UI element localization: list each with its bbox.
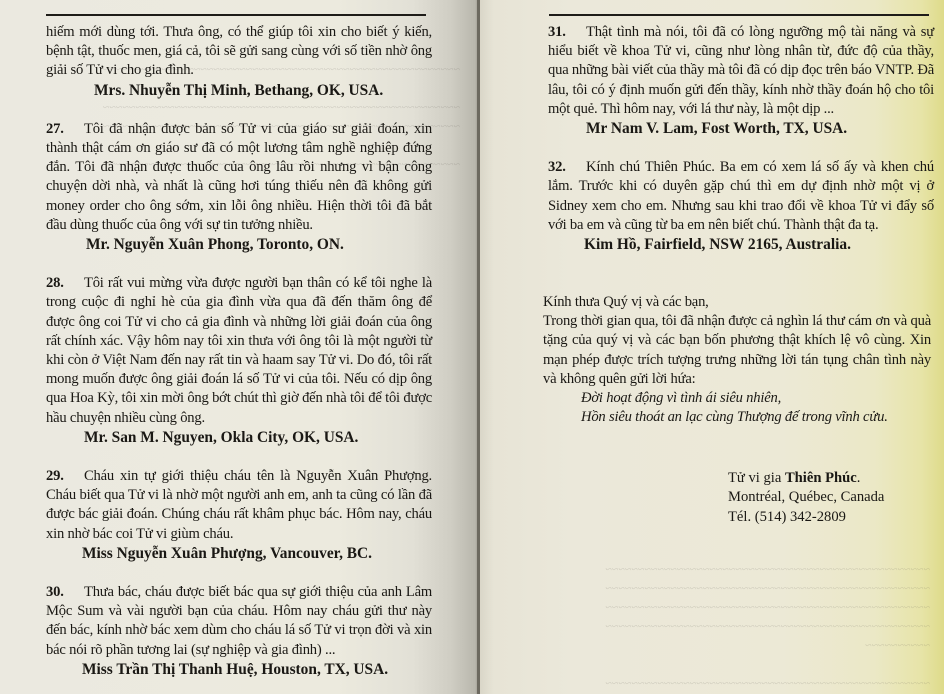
entry-text: Thật tình mà nói, tôi đã có lòng ngưỡng … bbox=[548, 24, 934, 117]
entry-signature: Mr Nam V. Lam, Fost Worth, TX, USA. bbox=[586, 119, 934, 138]
letter-greeting: Kính thưa Quý vị và các bạn, bbox=[543, 293, 931, 312]
continued-entry: hiếm mới dùng tới. Thưa ông, có thể giúp… bbox=[46, 23, 432, 100]
entry-31: 31.Thật tình mà nói, tôi đã có lòng ngưỡ… bbox=[548, 23, 934, 138]
entry-text: Tôi rất vui mừng vừa được người bạn thân… bbox=[46, 275, 432, 425]
author-suffix: . bbox=[857, 470, 861, 486]
entry-text: Tôi đã nhận được bản số Tử vi của giáo s… bbox=[46, 121, 432, 233]
left-page-column: hiếm mới dùng tới. Thưa ông, có thể giúp… bbox=[46, 23, 432, 679]
entry-text: Kính chú Thiên Phúc. Ba em có xem lá số … bbox=[548, 159, 934, 233]
entry-signature: Miss Trần Thị Thanh Huệ, Houston, TX, US… bbox=[82, 660, 432, 679]
closing-letter: Kính thưa Quý vị và các bạn, Trong thời … bbox=[543, 293, 931, 427]
author-location: Montréal, Québec, Canada bbox=[728, 488, 884, 507]
entry-number: 28. bbox=[46, 274, 84, 293]
entry-32: 32.Kính chú Thiên Phúc. Ba em có xem lá … bbox=[548, 158, 934, 254]
entry-number: 27. bbox=[46, 120, 84, 139]
entry-number: 30. bbox=[46, 583, 84, 602]
verse-line-1: Đời hoạt động vì tình ái siêu nhiên, bbox=[581, 389, 931, 408]
author-prefix: Tử vi gia bbox=[728, 470, 785, 486]
entry-number: 32. bbox=[548, 158, 586, 177]
entry-signature: Kim Hồ, Fairfield, NSW 2165, Australia. bbox=[584, 235, 934, 254]
entry-signature: Mr. San M. Nguyen, Okla City, OK, USA. bbox=[84, 428, 432, 447]
entry-text: Thưa bác, cháu được biết bác qua sự giới… bbox=[46, 584, 432, 658]
entry-30: 30.Thưa bác, cháu được biết bác qua sự g… bbox=[46, 583, 432, 679]
entry-27: 27.Tôi đã nhận được bản số Tử vi của giá… bbox=[46, 120, 432, 254]
entry-signature: Miss Nguyễn Xuân Phượng, Vancouver, BC. bbox=[82, 544, 432, 563]
author-signature-block: Tử vi gia Thiên Phúc. Montréal, Québec, … bbox=[728, 469, 884, 527]
author-title-line: Tử vi gia Thiên Phúc. bbox=[728, 469, 884, 488]
book-spread: ~~~~~~~~~~~~~~~~~~~~~~~~~~~~~~~~~~~~~~~~… bbox=[0, 0, 944, 694]
author-phone: Tél. (514) 342-2809 bbox=[728, 508, 884, 527]
verse-line-2: Hồn siêu thoát an lạc cùng Thượng đế tro… bbox=[581, 408, 931, 427]
entry-text: Cháu xin tự giới thiệu cháu tên là Nguyễ… bbox=[46, 468, 432, 542]
top-rule-right bbox=[549, 14, 929, 16]
entry-29: 29.Cháu xin tự giới thiệu cháu tên là Ng… bbox=[46, 467, 432, 563]
top-rule-left bbox=[46, 14, 426, 16]
letter-body: Trong thời gian qua, tôi đã nhận được cả… bbox=[543, 312, 931, 389]
entry-28: 28.Tôi rất vui mừng vừa được người bạn t… bbox=[46, 274, 432, 447]
entry-signature: Mr. Nguyễn Xuân Phong, Toronto, ON. bbox=[86, 235, 432, 254]
entry-number: 29. bbox=[46, 467, 84, 486]
entry-signature: Mrs. Nhuyễn Thị Minh, Bethang, OK, USA. bbox=[94, 81, 432, 100]
author-name: Thiên Phúc bbox=[785, 470, 857, 486]
entry-number: 31. bbox=[548, 23, 586, 42]
right-page-column: 31.Thật tình mà nói, tôi đã có lòng ngưỡ… bbox=[548, 23, 934, 254]
entry-text: hiếm mới dùng tới. Thưa ông, có thể giúp… bbox=[46, 23, 432, 81]
